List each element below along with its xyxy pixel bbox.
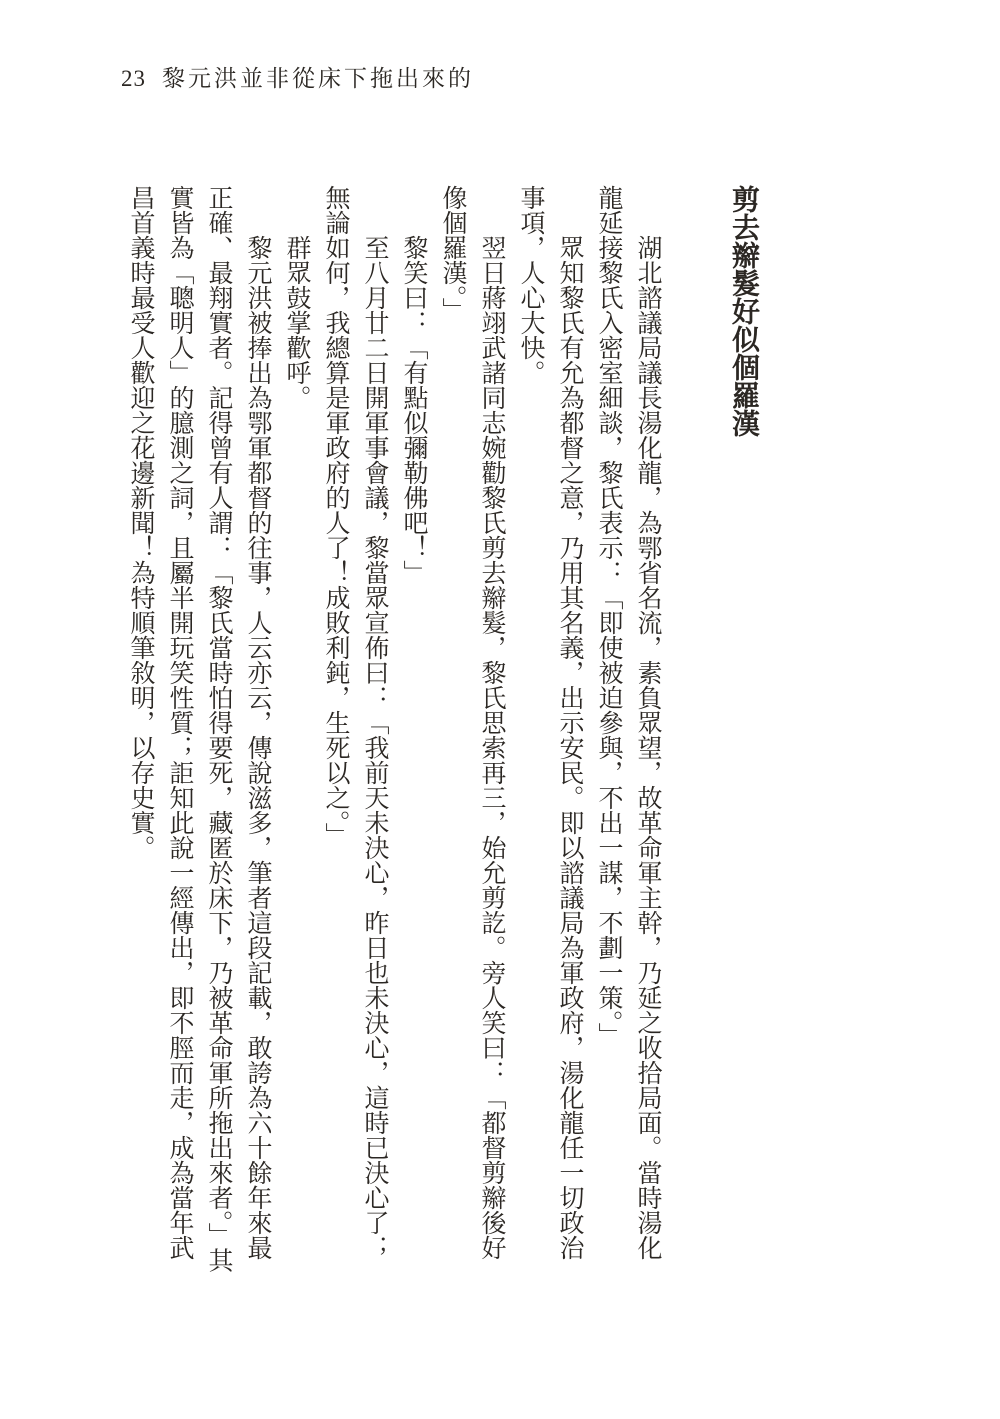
vertical-text-block: 剪去辮髮好似個羅漢 湖北諮議局議長湯化龍，為鄂省名流，素負眾望，故革命軍主幹，乃…: [121, 185, 767, 1273]
paragraph: 湖北諮議局議長湯化龍，為鄂省名流，素負眾望，故革命軍主幹，乃延之收拾局面。當時湯…: [589, 185, 667, 1273]
paragraph: 眾知黎氏有允為都督之意，乃用其名義，出示安民。即以諮議局為軍政府，湯化龍任一切政…: [511, 185, 589, 1273]
paragraph: 群眾鼓掌歡呼。: [277, 185, 316, 1273]
page-number: 23: [121, 66, 146, 92]
running-header-title: 黎元洪並非從床下拖出來的: [162, 60, 474, 93]
paragraph: 翌日蔣翊武諸同志婉勸黎氏剪去辮髮，黎氏思索再三，始允剪訖。旁人笑曰：「都督剪辮後…: [433, 185, 511, 1273]
paragraph: 黎笑曰：「有點似彌勒佛吧！」: [394, 185, 433, 1273]
running-header: 23 黎元洪並非從床下拖出來的: [121, 60, 474, 93]
paragraph: 至八月廿二日開軍事會議，黎當眾宣佈曰：「我前天未決心，昨日也未決心，這時已決心了…: [316, 185, 394, 1273]
paragraph: 黎元洪被捧出為鄂軍都督的往事，人云亦云，傳說滋多，筆者這段記載，敢誇為六十餘年來…: [121, 185, 277, 1273]
section-title: 剪去辮髮好似個羅漢: [721, 185, 767, 1273]
body-text: 湖北諮議局議長湯化龍，為鄂省名流，素負眾望，故革命軍主幹，乃延之收拾局面。當時湯…: [121, 185, 667, 1273]
